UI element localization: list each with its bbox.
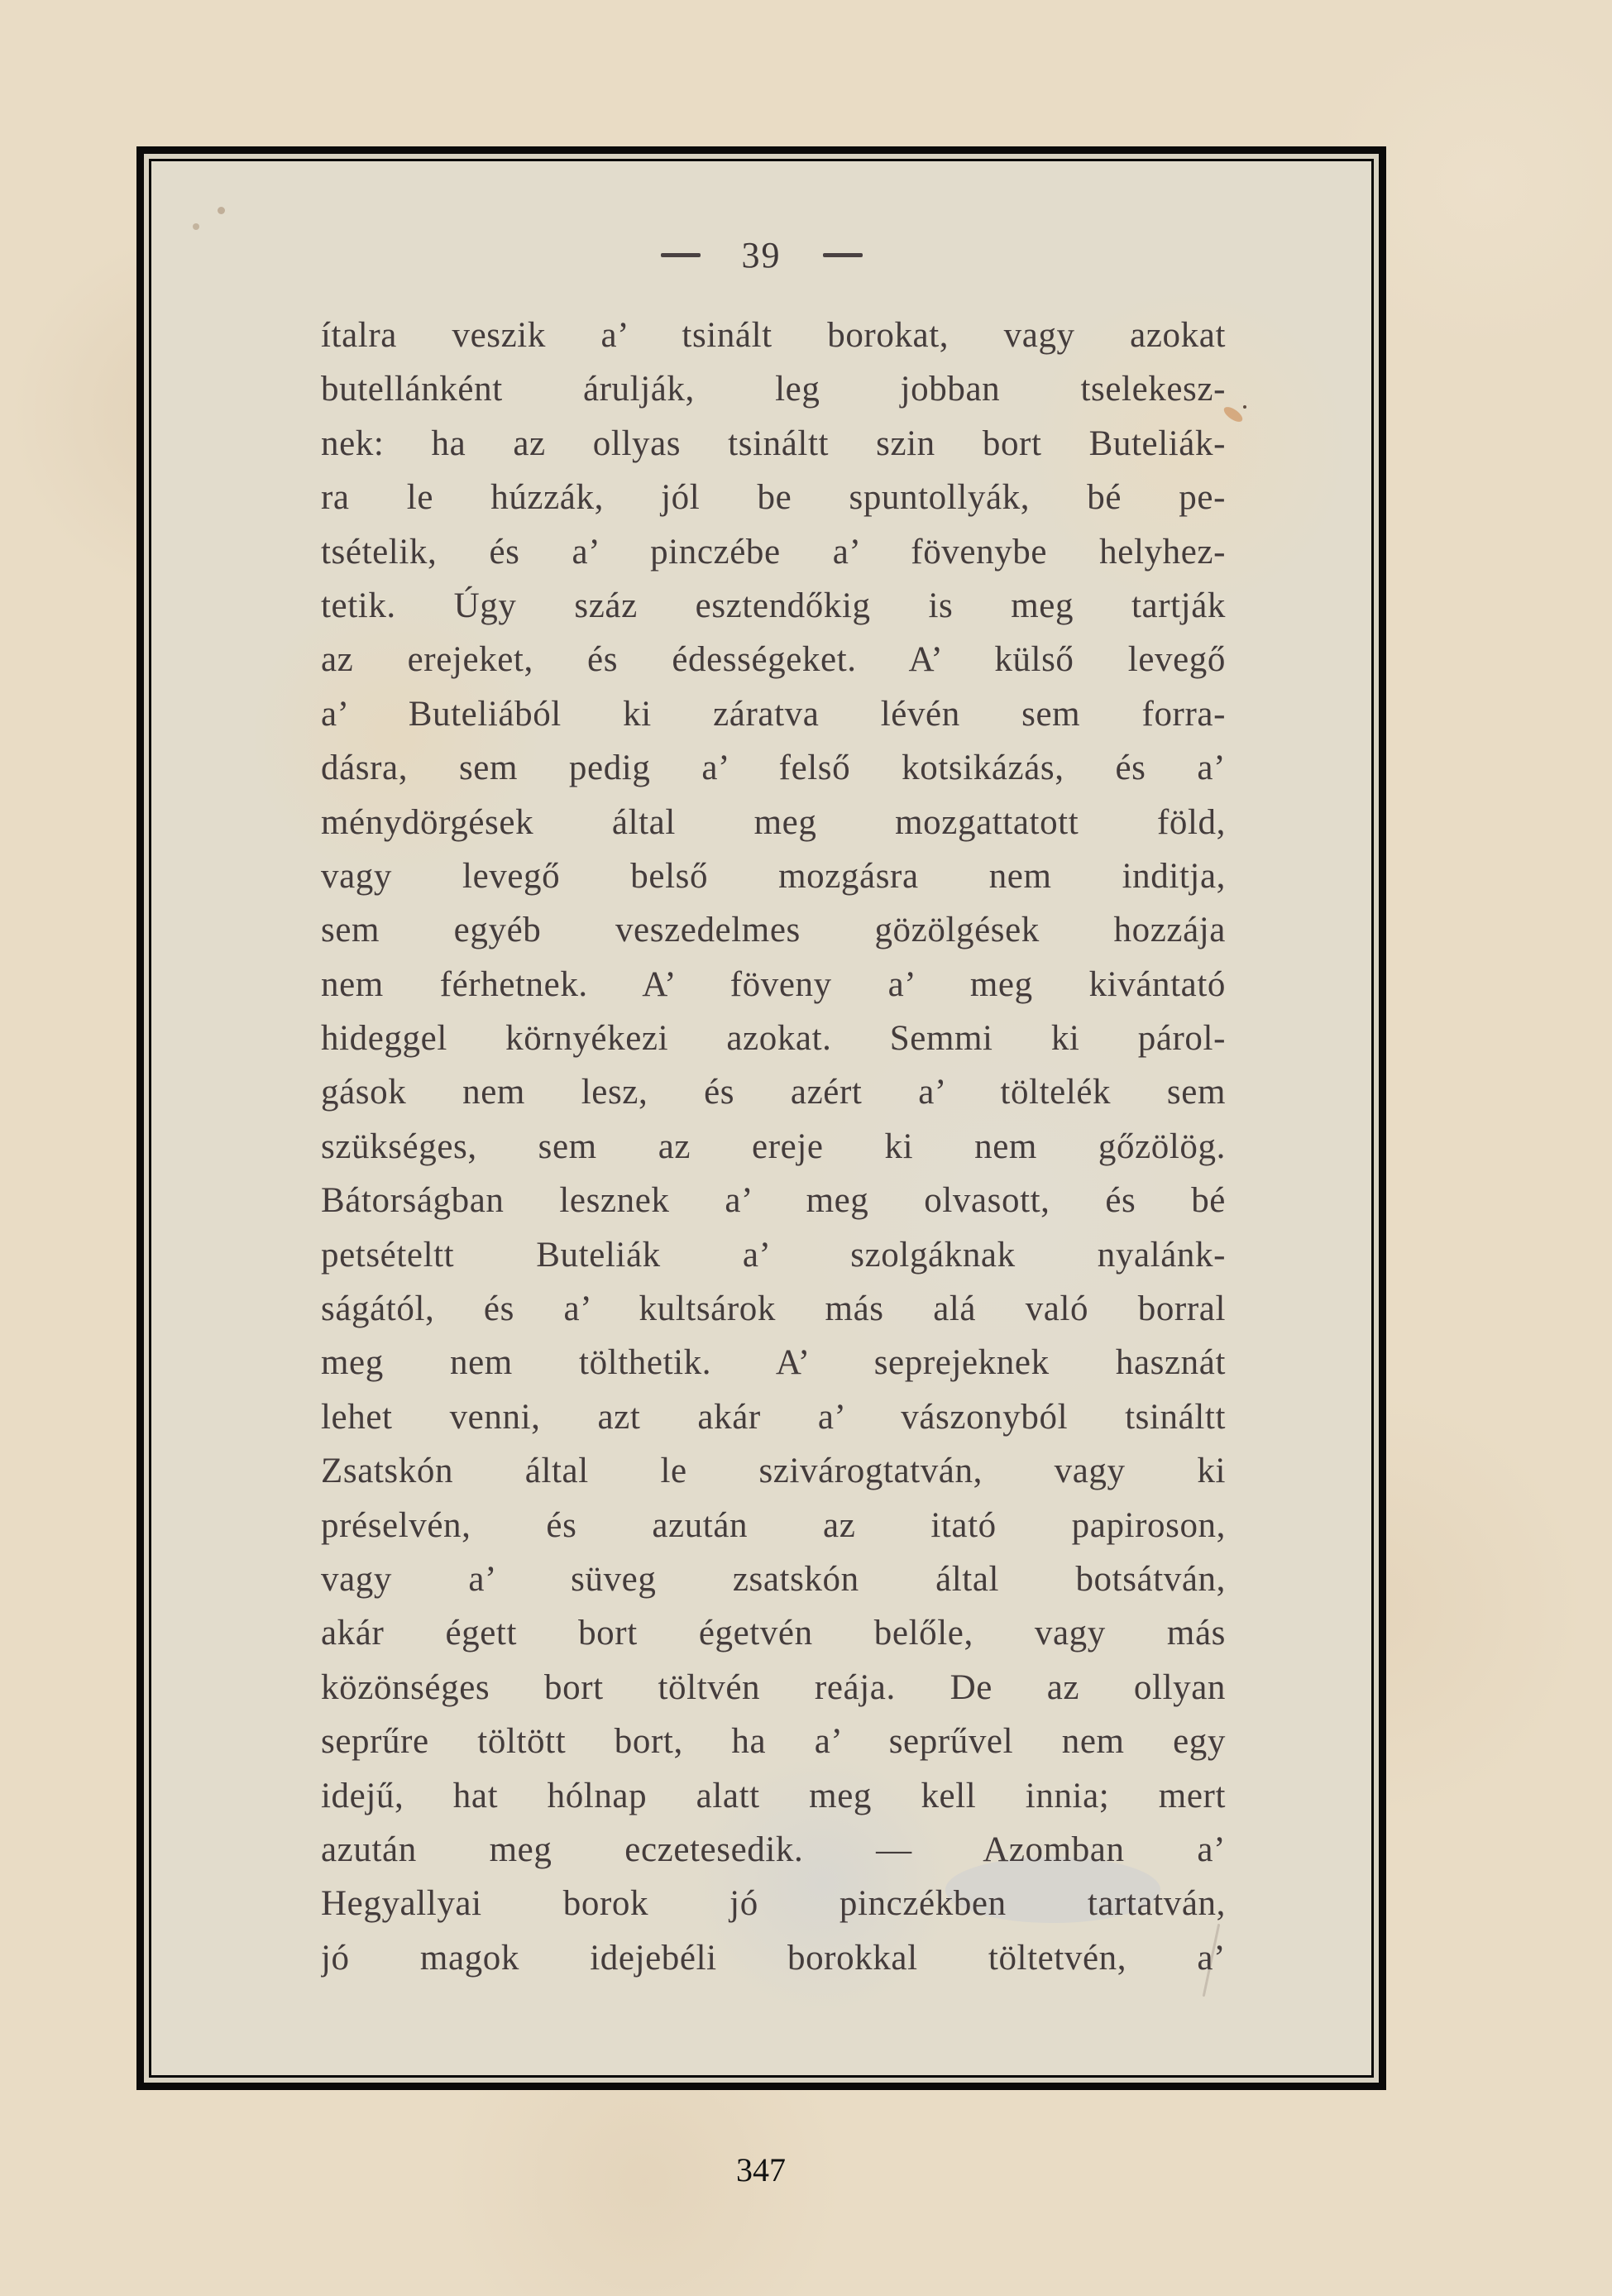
text-line: seprűre töltött bort, ha a’ seprűvel nem…	[321, 1715, 1226, 1768]
text-line: butellánként árulják, leg jobban tseleke…	[321, 362, 1226, 416]
text-line: ra le húzzák, jól be spuntollyák, bé pe-	[321, 471, 1226, 524]
text-line: Hegyallyai borok jó pinczékben tartatván…	[321, 1877, 1226, 1930]
text-line: szükséges, sem az ereje ki nem gőzölög.	[321, 1120, 1226, 1174]
body-text: ítalra veszik a’ tsinált borokat, vagy a…	[321, 309, 1226, 1985]
text-line: gások nem lesz, és azért a’ töltelék sem	[321, 1065, 1226, 1119]
running-head-page-number: 39	[742, 237, 782, 274]
page-frame-outer-border: 39 ítalra veszik a’ tsinált borokat, vag…	[136, 146, 1386, 2090]
text-line: lehet venni, azt akár a’ vászonyból tsin…	[321, 1390, 1226, 1444]
text-line: vagy a’ süveg zsatskón által botsátván,	[321, 1552, 1226, 1606]
text-line: meg nem tölthetik. A’ seprejeknek haszná…	[321, 1336, 1226, 1390]
text-line: ságától, és a’ kultsárok más alá való bo…	[321, 1282, 1226, 1336]
scanned-page: 39 ítalra veszik a’ tsinált borokat, vag…	[149, 159, 1374, 2078]
paper-stain	[218, 207, 225, 214]
running-head-left-dash	[661, 253, 701, 257]
text-line: dásra, sem pedig a’ felső kotsikázás, és…	[321, 741, 1226, 795]
text-line: közönséges bort töltvén reája. De az oll…	[321, 1661, 1226, 1715]
running-head-right-dash	[823, 253, 863, 257]
running-head: 39	[151, 234, 1371, 274]
text-line: ménydörgések által meg mozgattatott föld…	[321, 796, 1226, 849]
text-line: Bátorságban lesznek a’ meg olvasott, és …	[321, 1174, 1226, 1227]
paper-stain	[1243, 405, 1246, 409]
text-line: nek: ha az ollyas tsináltt szin bort But…	[321, 417, 1226, 471]
text-line: ítalra veszik a’ tsinált borokat, vagy a…	[321, 309, 1226, 362]
text-line: a’ Buteliából ki záratva lévén sem forra…	[321, 687, 1226, 741]
text-line: idejű, hat hólnap alatt meg kell innia; …	[321, 1769, 1226, 1823]
text-line: Zsatskón által le szivárogtatván, vagy k…	[321, 1444, 1226, 1498]
text-line: tetik. Úgy száz esztendőkig is meg tartj…	[321, 579, 1226, 633]
text-line: nem férhetnek. A’ föveny a’ meg kivántat…	[321, 958, 1226, 1012]
text-line: jó magok idejebéli borokkal töltetvén, a…	[321, 1931, 1226, 1985]
text-line: az erejeket, és édességeket. A’ külső le…	[321, 633, 1226, 686]
text-line: préselvén, és azután az itató papiroson,	[321, 1499, 1226, 1552]
text-line: tsételik, és a’ pinczébe a’ fövenybe hel…	[321, 525, 1226, 579]
text-line: sem egyéb veszedelmes gözölgések hozzája	[321, 903, 1226, 957]
text-line: hideggel környékezi azokat. Semmi ki pár…	[321, 1012, 1226, 1065]
paper-stain	[193, 223, 199, 230]
text-line: vagy levegő belső mozgásra nem inditja,	[321, 849, 1226, 903]
folio-page-number: 347	[0, 2150, 1522, 2189]
text-line: petsételtt Buteliák a’ szolgáknak nyalán…	[321, 1228, 1226, 1282]
text-line: azután meg eczetesedik. — Azomban a’	[321, 1823, 1226, 1877]
text-line: akár égett bort égetvén belőle, vagy más	[321, 1606, 1226, 1660]
